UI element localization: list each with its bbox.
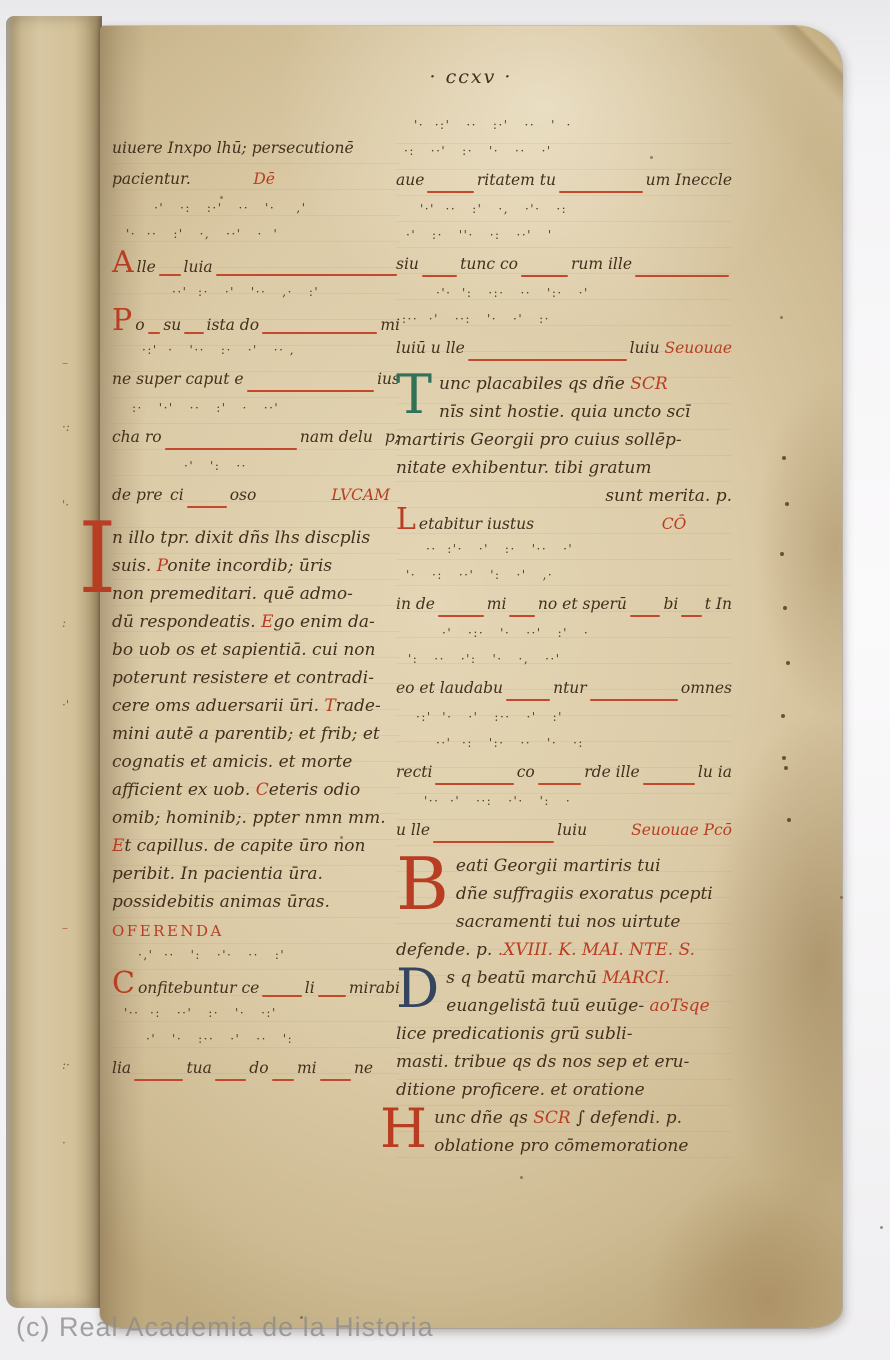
- illuminated-initial: H: [380, 1107, 427, 1151]
- chant-line: Alleluia: [112, 254, 400, 284]
- prose-line: possidebitis animas ūras.: [112, 888, 400, 916]
- neume-row: ·' ': ··: [112, 459, 400, 485]
- prose-text: afficient ex uob.: [112, 780, 256, 800]
- neume-row: ': ·· ·': '· ·, ··': [396, 652, 732, 678]
- chant-text: luia: [184, 258, 213, 276]
- prose-line: masti. tribue qs ds nos sep et eru-: [396, 1048, 732, 1076]
- prose-text: unc dñe qs: [434, 1108, 533, 1128]
- rubric-text: LVCAM: [331, 486, 390, 504]
- prose-line: bo uob os et sapientiā. cui non: [112, 636, 400, 664]
- chant-line: eo et laudabunturomnes: [396, 679, 732, 709]
- chant-text: luiu: [630, 339, 665, 357]
- prose-line: defende. p. .XVIII. K. MAI. NTE. S.: [396, 936, 732, 964]
- melisma-line: [318, 995, 346, 997]
- chant-text: do: [249, 1059, 268, 1077]
- rubric-text: E: [112, 836, 124, 856]
- prose-text: ∫ defendi. p.: [571, 1108, 682, 1128]
- chant-text: mi: [487, 595, 507, 613]
- neume-row: ·' :· ''· ·: ··' ': [396, 228, 732, 254]
- melisma-line: [643, 783, 695, 785]
- prose-line: sunt merita. p.: [396, 482, 732, 510]
- chant-line: ne super caput eius: [112, 370, 400, 400]
- prose-line: lice predicationis grū subli-: [396, 1020, 732, 1048]
- melisma-line: [148, 332, 161, 334]
- prose-text: unc placabiles qs dñe: [439, 374, 630, 394]
- illuminated-initial: L: [396, 511, 416, 529]
- melisma-line: [272, 1079, 294, 1081]
- rubric-text: aoTsqe: [649, 996, 709, 1016]
- chant-text: aue: [396, 171, 424, 189]
- rubric-text: SCR: [533, 1108, 570, 1128]
- prose-text: lice predicationis grū subli-: [396, 1024, 632, 1044]
- prose-text: bo uob os et sapientiā. cui non: [112, 640, 376, 660]
- folio-number: · ccxv ·: [100, 66, 842, 88]
- chant-text: ne super caput e: [112, 370, 244, 388]
- prose-text: rade-: [336, 696, 381, 716]
- chant-line: Posuista domi: [112, 312, 400, 342]
- illuminated-initial: C: [112, 975, 135, 993]
- melisma-line: [262, 995, 301, 997]
- prose-line: unc dñe qs SCR ∫ defendi. p.: [396, 1104, 732, 1132]
- neume-row: ·· :'· ·' :· '·· ·': [396, 542, 732, 568]
- chant-text: luiu: [557, 821, 587, 839]
- previous-page-edges: ·:–'·:·'–:··: [6, 16, 102, 1308]
- pricking-holes: [782, 456, 786, 460]
- melisma-line: [134, 1079, 183, 1081]
- prose-text: masti. tribue qs ds nos sep et eru-: [396, 1052, 689, 1072]
- neume-row: ··' ·: ':· ·· '· ·:: [396, 736, 732, 762]
- prose-line: martiris Georgii pro cuius sollēp-: [396, 426, 732, 454]
- chant-line: liatuadomine: [112, 1059, 400, 1089]
- prose-line: euangelistā tuū euūge- aoTsqe: [396, 992, 732, 1020]
- chant-line: cha ronam delup;: [112, 428, 400, 458]
- neume-row: ·:' · '·· :· ·' ·· ,: [112, 343, 400, 369]
- chant-text: tunc co: [460, 255, 518, 273]
- neume-row: :· '·' ·· :' · ··': [112, 401, 400, 427]
- neume-row: '· ·:' ·· :·' ·· ' ·: [396, 118, 732, 144]
- neume-row: ·:' '· ·' :·· ·' :': [396, 710, 732, 736]
- melisma-line: [159, 274, 181, 276]
- prose-text: dū respondeatis.: [112, 612, 261, 632]
- prose-text: cere oms aduersarii ūri.: [112, 696, 324, 716]
- chant-text: u lle: [396, 821, 430, 839]
- prose-text: oblatione pro cōmemoratione: [434, 1136, 688, 1156]
- prose-text: nīs sint hostie. quia uncto scī: [439, 402, 690, 422]
- neume-row: '· ·· :' ·, ··' · ': [112, 227, 400, 253]
- rubric-text: P: [157, 556, 168, 576]
- chant-line: aueritatem tuum Ineccle: [396, 171, 732, 201]
- rubric-text: CŌ: [662, 515, 687, 533]
- prose-line: mini autē a parentib; et frib; et: [112, 720, 400, 748]
- prose-line: nīs sint hostie. quia uncto scī: [396, 398, 732, 426]
- melisma-line: [635, 275, 729, 277]
- prose-text: t capillus. de capite ūro non: [124, 836, 365, 856]
- edge-mark: –: [62, 921, 68, 935]
- chant-line: de preciosoLVCAM: [112, 486, 400, 516]
- chant-text: de pre: [112, 486, 163, 504]
- prose-text: cognatis et amicis. et morte: [112, 752, 352, 772]
- edge-mark: –: [62, 356, 68, 370]
- prose-block: Ds q beatū marchū MARCI.euangelistā tuū …: [396, 964, 732, 1104]
- rubric-heading: OFERENDA: [112, 922, 400, 948]
- edge-mark: '·: [62, 498, 69, 512]
- neume-row: ·,' ·· ': ·'· ·· :': [112, 948, 400, 974]
- chant-text: pacientur.: [112, 170, 191, 188]
- prose-line: nitate exhibentur. tibi gratum: [396, 454, 732, 482]
- prose-text: omib; hominib;. ppter nmn mm.: [112, 808, 386, 828]
- melisma-line: [320, 1079, 351, 1081]
- chant-text: no et sperū: [538, 595, 627, 613]
- melisma-line: [435, 783, 513, 785]
- melisma-line: [427, 191, 473, 193]
- chant-text: rum ille: [571, 255, 632, 273]
- chant-line: pacientur.Dē: [112, 170, 400, 200]
- rubric-text: .XVIII. K. MAI. NTE. S.: [498, 940, 695, 960]
- prose-line: s q beatū marchū MARCI.: [396, 964, 732, 992]
- text-column-right: '· ·:' ·· :·' ·· ' ··: ··' :· '· ·· ·'au…: [396, 118, 732, 1160]
- prose-block: Beati Georgii martiris tuidñe suffragiis…: [396, 852, 732, 964]
- melisma-line: [165, 448, 297, 450]
- copyright-watermark: (c) Real Academia de la Historia: [16, 1312, 434, 1343]
- rubric-text: Dē: [253, 170, 275, 188]
- rubric-text: SCR: [630, 374, 667, 394]
- rubric-text: T: [324, 696, 335, 716]
- chant-text: o: [135, 316, 144, 334]
- rubric-text: C: [256, 780, 269, 800]
- prose-text: eteris odio: [269, 780, 360, 800]
- melisma-line: [468, 359, 627, 361]
- prose-text: peribit. In pacientia ūra.: [112, 864, 323, 884]
- edge-mark: ·': [62, 698, 69, 712]
- prose-line: n illo tpr. dixit dñs lhs discplis: [112, 524, 400, 552]
- melisma-line: [216, 274, 397, 276]
- prose-block: Tunc placabiles qs dñe SCRnīs sint hosti…: [396, 370, 732, 510]
- chant-text: rde ille: [584, 763, 639, 781]
- melisma-line: [184, 332, 203, 334]
- manuscript-page: · ccxv · uiuere Inxpo lhū; persecutionēp…: [100, 26, 842, 1328]
- prose-text: sunt merita. p.: [605, 486, 732, 506]
- neume-row: ·' ·: :·' ·· '· ,': [112, 201, 400, 227]
- chant-text: etabitur iustus: [419, 515, 534, 533]
- prose-text: non premeditari. quē admo-: [112, 584, 353, 604]
- chant-line: Confitebuntur celimirabi: [112, 975, 400, 1005]
- chant-text: ritatem tu: [477, 171, 556, 189]
- melisma-line: [506, 699, 550, 701]
- chant-text: ci: [170, 486, 184, 504]
- prose-line: cere oms aduersarii ūri. Trade-: [112, 692, 400, 720]
- chant-text: lia: [112, 1059, 131, 1077]
- prose-text: suis.: [112, 556, 157, 576]
- chant-text: bi: [663, 595, 678, 613]
- prose-line: omib; hominib;. ppter nmn mm.: [112, 804, 400, 832]
- prose-block: In illo tpr. dixit dñs lhs discplissuis.…: [112, 524, 400, 916]
- prose-line: peribit. In pacientia ūra.: [112, 860, 400, 888]
- prose-text: martiris Georgii pro cuius sollēp-: [396, 430, 682, 450]
- chant-text: um Ineccle: [646, 171, 732, 189]
- melisma-line: [438, 615, 484, 617]
- illuminated-initial: I: [78, 520, 117, 598]
- neume-row: '·· ·' ··: ·'· ': ·: [396, 794, 732, 820]
- neume-row: ·' ·:· '· ··' :' ·: [396, 626, 732, 652]
- melisma-line: [521, 275, 568, 277]
- chant-text: tua: [186, 1059, 211, 1077]
- chant-text: co: [517, 763, 535, 781]
- edge-mark: :·: [62, 1058, 70, 1072]
- chant-text: cha ro: [112, 428, 162, 446]
- prose-text: dñe suffragiis exoratus pcepti: [456, 884, 713, 904]
- chant-text: li: [305, 979, 315, 997]
- chant-line: siutunc corum ille: [396, 255, 732, 285]
- chant-text: siu: [396, 255, 419, 273]
- prose-line: oblatione pro cōmemoratione: [396, 1132, 732, 1160]
- prose-text: possidebitis animas ūras.: [112, 892, 330, 912]
- illuminated-initial: A: [112, 254, 134, 272]
- chant-text: lu ia: [698, 763, 732, 781]
- chant-text: onfitebuntur ce: [138, 979, 259, 997]
- melisma-line: [538, 783, 582, 785]
- chant-text: t In: [705, 595, 732, 613]
- chant-text: ne: [354, 1059, 373, 1077]
- melisma-line: [630, 615, 661, 617]
- prose-text: mini autē a parentib; et frib; et: [112, 724, 380, 744]
- chant-line: uiuere Inxpo lhū; persecutionē: [112, 139, 400, 169]
- chant-line: luiū u lleluiu Seuouae: [396, 339, 732, 369]
- neume-row: ··' :· ·' '·· ,· :': [112, 285, 400, 311]
- chant-text: mirabi: [349, 979, 400, 997]
- prose-text: eati Georgii martiris tui: [456, 856, 661, 876]
- rubric-text: MARCI.: [602, 968, 670, 988]
- melisma-line: [215, 1079, 246, 1081]
- prose-line: afficient ex uob. Ceteris odio: [112, 776, 400, 804]
- prose-text: onite incordib; ūris: [167, 556, 332, 576]
- prose-line: non premeditari. quē admo-: [112, 580, 400, 608]
- illuminated-initial: B: [396, 855, 449, 914]
- prose-text: go enim da-: [274, 612, 375, 632]
- neume-row: ·: ··' :· '· ·· ·': [396, 144, 732, 170]
- melisma-line: [262, 332, 377, 334]
- chant-line: Letabitur iustusCŌ: [396, 511, 732, 541]
- chant-text: uiuere Inxpo lhū; persecutionē: [112, 139, 354, 157]
- neume-row: '·' ·· :' ·, ·'· ·:: [396, 202, 732, 228]
- melisma-line: [590, 699, 678, 701]
- prose-line: poterunt resistere et contradi-: [112, 664, 400, 692]
- chant-text: lle: [137, 258, 156, 276]
- chant-text: su: [163, 316, 181, 334]
- melisma-line: [247, 390, 374, 392]
- neume-row: '· ·: ··' ': ·' ,·: [396, 568, 732, 594]
- melisma-line: [681, 615, 701, 617]
- chant-text: omnes: [681, 679, 732, 697]
- prose-text: euangelistā tuū euūge-: [446, 996, 649, 1016]
- edge-mark: ·: [62, 1136, 66, 1150]
- chant-text: luiū u lle: [396, 339, 465, 357]
- illuminated-initial: T: [396, 373, 432, 417]
- melisma-line: [187, 506, 227, 508]
- prose-text: ditione proficere. et oratione: [396, 1080, 645, 1100]
- prose-line: dū respondeatis. Ego enim da-: [112, 608, 400, 636]
- chant-text: eo et laudabu: [396, 679, 503, 697]
- neume-row: '·· ·: ··' :· '· ·:': [112, 1006, 400, 1032]
- illuminated-initial: P: [112, 312, 132, 330]
- melisma-line: [433, 841, 554, 843]
- prose-text: s q beatū marchū: [446, 968, 602, 988]
- chant-text: in de: [396, 595, 435, 613]
- manuscript-photo: { "folio_number": "· ccxv ·", "watermark…: [0, 0, 890, 1360]
- chant-text: mi: [297, 1059, 317, 1077]
- melisma-line: [422, 275, 457, 277]
- chant-text: oso: [230, 486, 257, 504]
- neume-row: :·· ·' ··: '· ·' :·: [396, 312, 732, 338]
- prose-line: cognatis et amicis. et morte: [112, 748, 400, 776]
- chant-text: ista do: [207, 316, 260, 334]
- prose-text: poterunt resistere et contradi-: [112, 668, 374, 688]
- edge-mark: :: [62, 616, 66, 630]
- prose-line: Et capillus. de capite ūro non: [112, 832, 400, 860]
- illuminated-initial: D: [396, 967, 439, 1011]
- prose-text: n illo tpr. dixit dñs lhs discplis: [112, 528, 370, 548]
- melisma-line: [559, 191, 643, 193]
- rubric-text: E: [261, 612, 273, 632]
- prose-line: ditione proficere. et oratione: [396, 1076, 732, 1104]
- prose-line: unc placabiles qs dñe SCR: [396, 370, 732, 398]
- prose-text: sacramenti tui nos uirtute: [456, 912, 681, 932]
- melisma-line: [509, 615, 534, 617]
- neume-row: ·'· ': ·:· ·· ':· ·': [396, 286, 732, 312]
- text-column-left: uiuere Inxpo lhū; persecutionēpacientur.…: [112, 138, 400, 1090]
- prose-text: nitate exhibentur. tibi gratum: [396, 458, 651, 478]
- edge-mark: ·:: [62, 420, 70, 434]
- chant-text: nam delu: [300, 428, 373, 446]
- chant-line: in demino et sperūbit In: [396, 595, 732, 625]
- rubric-text: Seuouae Pcō: [631, 821, 732, 839]
- rubric-text: Seuouae: [664, 339, 732, 357]
- prose-line: suis. Ponite incordib; ūris: [112, 552, 400, 580]
- chant-line: recticorde illelu ia: [396, 763, 732, 793]
- neume-row: ·' '· :·· ·' ·· ':: [112, 1032, 400, 1058]
- chant-text: recti: [396, 763, 432, 781]
- prose-block: Hunc dñe qs SCR ∫ defendi. p.oblatione p…: [396, 1104, 732, 1160]
- chant-text: ntur: [553, 679, 587, 697]
